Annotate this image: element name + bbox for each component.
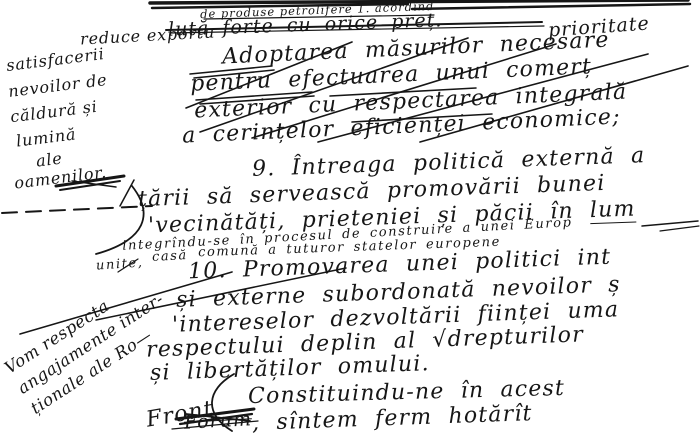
insertion-caret-mark: √ — [432, 327, 448, 353]
margin-line: oamenilor. — [13, 162, 108, 192]
interline-insertion-word: casă — [152, 248, 189, 265]
margin-dashes — [2, 206, 152, 213]
margin-line: lumină — [15, 124, 77, 150]
diagonal-margin-note: Vom respecta angajamente inter- ționale … — [0, 267, 182, 420]
manuscript-page: de produse petrolifere 1. acordînd lută … — [0, 0, 700, 438]
point9-line3-underlined: lum — [589, 196, 636, 224]
margin-line: căldură și — [9, 97, 98, 127]
underline-in-lum — [642, 221, 699, 231]
margin-line: satisfacerii — [5, 44, 105, 75]
point10-line4-tail: drepturilor — [447, 322, 584, 352]
struck-out-word: Forum — [183, 408, 252, 434]
